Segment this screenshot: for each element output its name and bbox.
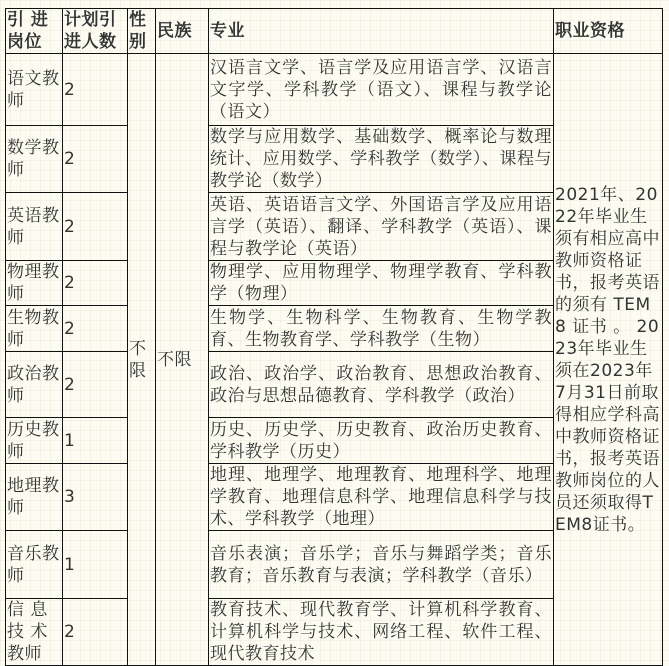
post-cell: 生物教师	[6, 306, 63, 352]
count-cell: 2	[63, 261, 128, 306]
post-cell: 政治教师	[6, 352, 63, 418]
major-cell: 数学与应用数学、基础数学、概率论与数理统计、应用数学、学科教学（数学）、课程与教…	[209, 126, 554, 193]
table-row: 语文教师 2 不限 不限 汉语言文学、语言学及应用语言学、汉语言文字学、学科教学…	[6, 54, 663, 126]
header-major: 专业	[209, 9, 554, 54]
count-cell: 2	[63, 54, 128, 126]
major-cell: 政治、政治学、政治教育、思想政治教育、政治与思想品德教育、学科教学（政治）	[209, 352, 554, 418]
major-cell: 音乐表演；音乐学；音乐与舞蹈学类；音乐教育；音乐教育与表演；学科教学（音乐）	[209, 531, 554, 599]
gender-cell: 不限	[128, 54, 156, 662]
ethnicity-cell: 不限	[156, 54, 209, 662]
count-cell: 2	[63, 193, 128, 261]
major-cell: 英语、英语语言文学、外国语言学及应用语言学（英语）、翻译、学科教学（英语）、课程…	[209, 193, 554, 261]
count-cell: 1	[63, 418, 128, 464]
post-cell: 历史教师	[6, 418, 63, 464]
header-qualification: 职业资格	[554, 9, 663, 54]
recruitment-table: 引 进岗位 计划引进人数 性别 民族 专业 职业资格 语文教师 2 不限 不限 …	[5, 8, 663, 661]
post-cell: 语文教师	[6, 54, 63, 126]
header-gender: 性别	[128, 9, 156, 54]
count-cell: 2	[63, 126, 128, 193]
major-cell: 物理学、应用物理学、物理学教育、学科教学（物理）	[209, 261, 554, 306]
major-cell: 教育技术、现代教育学、计算机科学教育、计算机科学与技术、网络工程、软件工程、现代…	[209, 599, 554, 662]
header-row: 引 进岗位 计划引进人数 性别 民族 专业 职业资格	[6, 9, 663, 54]
major-cell: 生物学、生物科学、生物教育、生物学教育、生物教育学、学科教学（生物）	[209, 306, 554, 352]
post-cell: 英语教师	[6, 193, 63, 261]
major-cell: 历史、历史学、历史教育、政治历史教育、学科教学（历史）	[209, 418, 554, 464]
post-cell: 信 息技 术教师	[6, 599, 63, 662]
post-cell: 数学教师	[6, 126, 63, 193]
count-cell: 1	[63, 531, 128, 599]
qualification-cell: 2021年、2022年毕业生须有相应高中教师资格证书，报考英语的须有 TEM8 …	[554, 54, 663, 662]
header-post: 引 进岗位	[6, 9, 63, 54]
count-cell: 2	[63, 306, 128, 352]
major-cell: 地理、地理学、地理教育、地理科学、地理学教育、地理信息科学、地理信息科学与技术、…	[209, 464, 554, 531]
post-cell: 地理教师	[6, 464, 63, 531]
count-cell: 2	[63, 352, 128, 418]
post-cell: 物理教师	[6, 261, 63, 306]
count-cell: 2	[63, 599, 128, 662]
header-ethnicity: 民族	[156, 9, 209, 54]
count-cell: 3	[63, 464, 128, 531]
header-plan-count: 计划引进人数	[63, 9, 128, 54]
post-cell: 音乐教师	[6, 531, 63, 599]
major-cell: 汉语言文学、语言学及应用语言学、汉语言文字学、学科教学（语文）、课程与教学论（语…	[209, 54, 554, 126]
